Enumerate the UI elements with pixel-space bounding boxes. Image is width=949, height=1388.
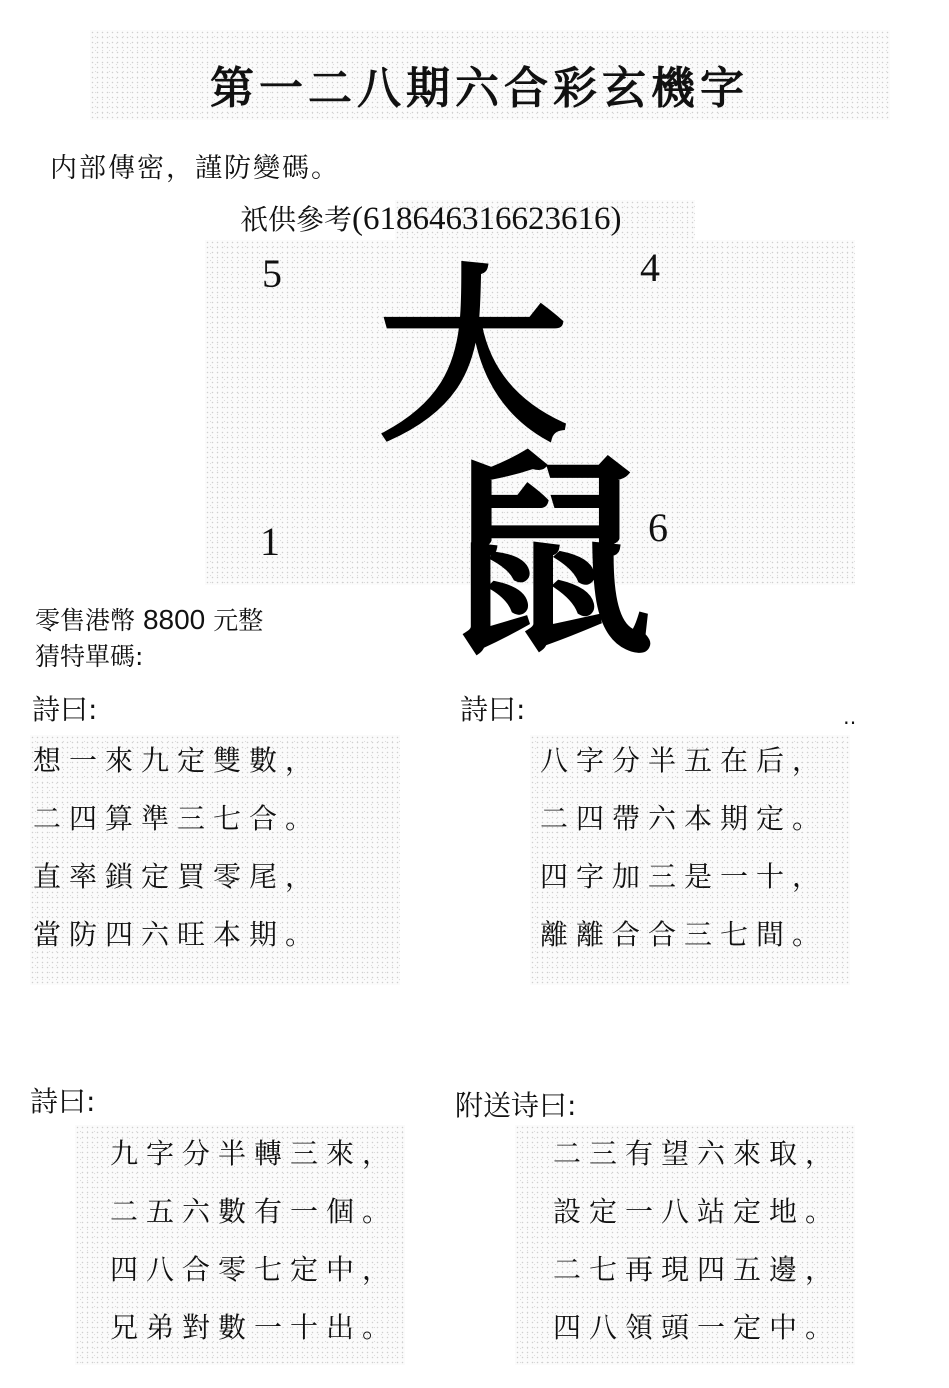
poem-line: 想一來九定雙數， bbox=[33, 732, 321, 790]
stray-dots: ‥ bbox=[843, 705, 856, 729]
poem-line: 兄弟對數一十出。 bbox=[110, 1299, 398, 1357]
big-character-da: 大 bbox=[378, 262, 568, 452]
poem-line: 二五六數有一個。 bbox=[110, 1183, 398, 1241]
poem-line: 四八領頭一定中。 bbox=[553, 1299, 841, 1357]
confidential-notice: 内部傳密，謹防變碼。 bbox=[50, 146, 340, 185]
poem-1: 想一來九定雙數， 二四算準三七合。 直率鎖定買零尾， 當防四六旺本期。 bbox=[33, 732, 321, 964]
poem-line: 四八合零七定中， bbox=[110, 1241, 398, 1299]
special-number-label: 猜特單碼: bbox=[35, 639, 263, 675]
poem-line: 九字分半轉三來， bbox=[110, 1125, 398, 1183]
poem-line: 設定一八站定地。 bbox=[553, 1183, 841, 1241]
reference-label: 祇供參考 bbox=[240, 203, 352, 236]
corner-number-bottom-left: 1 bbox=[260, 518, 280, 565]
price-amount: 8800 bbox=[143, 604, 205, 635]
poem-3-heading: 詩曰: bbox=[30, 1080, 95, 1120]
poem-2-heading: 詩曰: bbox=[460, 688, 525, 728]
price-block: 零售港幣 8800 元整 猜特單碼: bbox=[35, 602, 263, 675]
poem-4-heading: 附送诗曰: bbox=[455, 1084, 576, 1124]
poem-4: 二三有望六來取， 設定一八站定地。 二七再現四五邊， 四八領頭一定中。 bbox=[553, 1125, 841, 1357]
poem-line: 二七再現四五邊， bbox=[553, 1241, 841, 1299]
poem-line: 二四帶六本期定。 bbox=[540, 790, 828, 848]
big-character-shu: 鼠 bbox=[440, 450, 655, 665]
page-title: 第一二八期六合彩玄機字 bbox=[210, 52, 749, 116]
poem-line: 四字加三是一十， bbox=[540, 848, 828, 906]
corner-number-top-left: 5 bbox=[262, 250, 282, 297]
price-line: 零售港幣 8800 元整 bbox=[35, 602, 263, 639]
poem-1-heading: 詩曰: bbox=[32, 688, 97, 728]
poem-line: 二三有望六來取， bbox=[553, 1125, 841, 1183]
reference-digits: (618646316623616) bbox=[352, 201, 621, 237]
poem-line: 直率鎖定買零尾， bbox=[33, 848, 321, 906]
poem-line: 八字分半五在后， bbox=[540, 732, 828, 790]
poem-line: 當防四六旺本期。 bbox=[33, 906, 321, 964]
poem-line: 二四算準三七合。 bbox=[33, 790, 321, 848]
price-suffix: 元整 bbox=[213, 606, 263, 635]
price-prefix: 零售港幣 bbox=[35, 606, 135, 635]
poem-3: 九字分半轉三來， 二五六數有一個。 四八合零七定中， 兄弟對數一十出。 bbox=[110, 1125, 398, 1357]
poem-line: 離離合合三七間。 bbox=[540, 906, 828, 964]
poem-2: 八字分半五在后， 二四帶六本期定。 四字加三是一十， 離離合合三七間。 bbox=[540, 732, 828, 964]
reference-line: 祇供參考(618646316623616) bbox=[240, 198, 622, 238]
corner-number-top-right: 4 bbox=[640, 244, 660, 291]
